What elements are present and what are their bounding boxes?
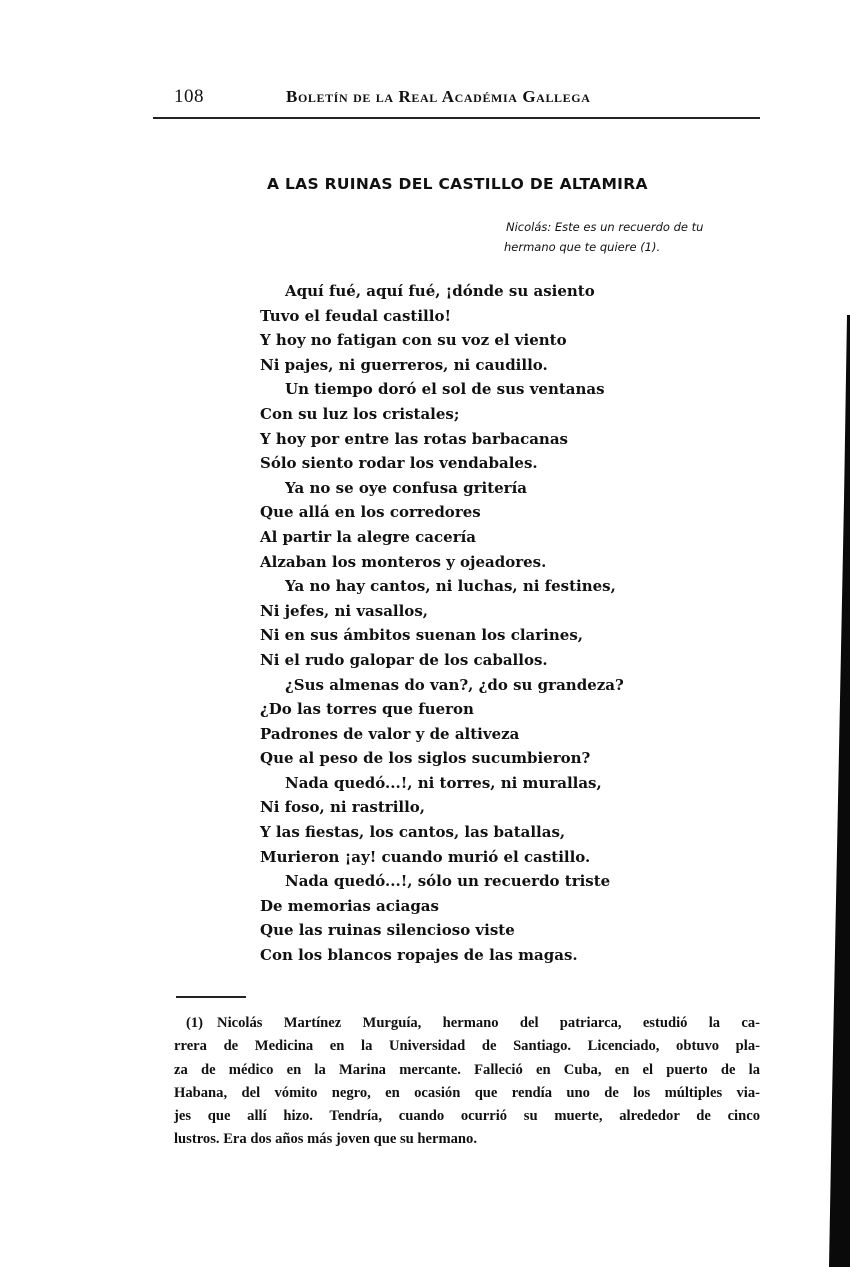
poem-verse: Tuvo el feudal castillo! <box>260 304 680 329</box>
poem-body: Aquí fué, aquí fué, ¡dónde su asientoTuv… <box>260 279 680 968</box>
poem-verse: Que allá en los corredores <box>260 500 680 525</box>
poem-verse: Con su luz los cristales; <box>260 402 680 427</box>
poem-verse: Y hoy no fatigan con su voz el viento <box>260 328 680 353</box>
poem-verse: Nada quedó...!, sólo un recuerdo triste <box>260 869 680 894</box>
poem-verse: Padrones de valor y de altiveza <box>260 722 680 747</box>
footnote-line: za de médico en la Marina mercante. Fall… <box>174 1059 760 1082</box>
poem-verse: Al partir la alegre cacería <box>260 525 680 550</box>
poem-verse: ¿Do las torres que fueron <box>260 697 680 722</box>
running-header: 108 Boletín de la Real Académia Gallega <box>174 86 760 110</box>
poem-verse: Ni jefes, ni vasallos, <box>260 599 680 624</box>
footnote-line: (1)Nicolás Martínez Murguía, hermano del… <box>186 1012 760 1035</box>
poem-verse: Que las ruinas silencioso viste <box>260 918 680 943</box>
footnote-line: rrera de Medicina en la Universidad de S… <box>174 1035 760 1058</box>
poem-verse: Ni en sus ámbitos suenan los clarines, <box>260 623 680 648</box>
poem-verse: Ni el rudo galopar de los caballos. <box>260 648 680 673</box>
poem-verse: Con los blancos ropajes de las magas. <box>260 943 680 968</box>
poem-verse: Murieron ¡ay! cuando murió el castillo. <box>260 845 680 870</box>
poem-verse: Ya no hay cantos, ni luchas, ni festines… <box>260 574 680 599</box>
poem-verse: Sólo siento rodar los vendabales. <box>260 451 680 476</box>
poem-verse: Que al peso de los siglos sucumbieron? <box>260 746 680 771</box>
footnote-text: Nicolás Martínez Murguía, hermano del pa… <box>217 1015 760 1031</box>
footnote-rule <box>176 996 246 998</box>
dedication-line-2: hermano que te quiere (1). <box>504 237 776 257</box>
poem-verse: Ni foso, ni rastrillo, <box>260 795 680 820</box>
page-number: 108 <box>174 86 204 108</box>
footnote-line: lustros. Era dos años más joven que su h… <box>174 1128 760 1151</box>
poem-verse: De memorias aciagas <box>260 894 680 919</box>
journal-title: Boletín de la Real Académia Gallega <box>286 87 590 107</box>
poem-verse: Nada quedó...!, ni torres, ni murallas, <box>260 771 680 796</box>
footnote-line: jes que allí hizo. Tendría, cuando ocurr… <box>174 1105 760 1128</box>
poem-verse: Ni pajes, ni guerreros, ni caudillo. <box>260 353 680 378</box>
poem-verse: ¿Sus almenas do van?, ¿do su grandeza? <box>260 673 680 698</box>
poem-title: A LAS RUINAS DEL CASTILLO DE ALTAMIRA <box>267 175 648 193</box>
footnote-marker: (1) <box>186 1015 203 1031</box>
poem-dedication: Nicolás: Este es un recuerdo de tu herma… <box>506 217 776 257</box>
dedication-line-1: Nicolás: Este es un recuerdo de tu <box>506 217 776 237</box>
poem-verse: Un tiempo doró el sol de sus ventanas <box>260 377 680 402</box>
scanned-page: 108 Boletín de la Real Académia Gallega … <box>0 0 850 1267</box>
poem-verse: Alzaban los monteros y ojeadores. <box>260 550 680 575</box>
poem-verse: Ya no se oye confusa gritería <box>260 476 680 501</box>
footnote: (1)Nicolás Martínez Murguía, hermano del… <box>186 1012 760 1152</box>
poem-verse: Aquí fué, aquí fué, ¡dónde su asiento <box>260 279 680 304</box>
poem-verse: Y hoy por entre las rotas barbacanas <box>260 427 680 452</box>
poem-verse: Y las fiestas, los cantos, las batallas, <box>260 820 680 845</box>
header-rule <box>153 117 760 119</box>
footnote-line: Habana, del vómito negro, en ocasión que… <box>174 1082 760 1105</box>
